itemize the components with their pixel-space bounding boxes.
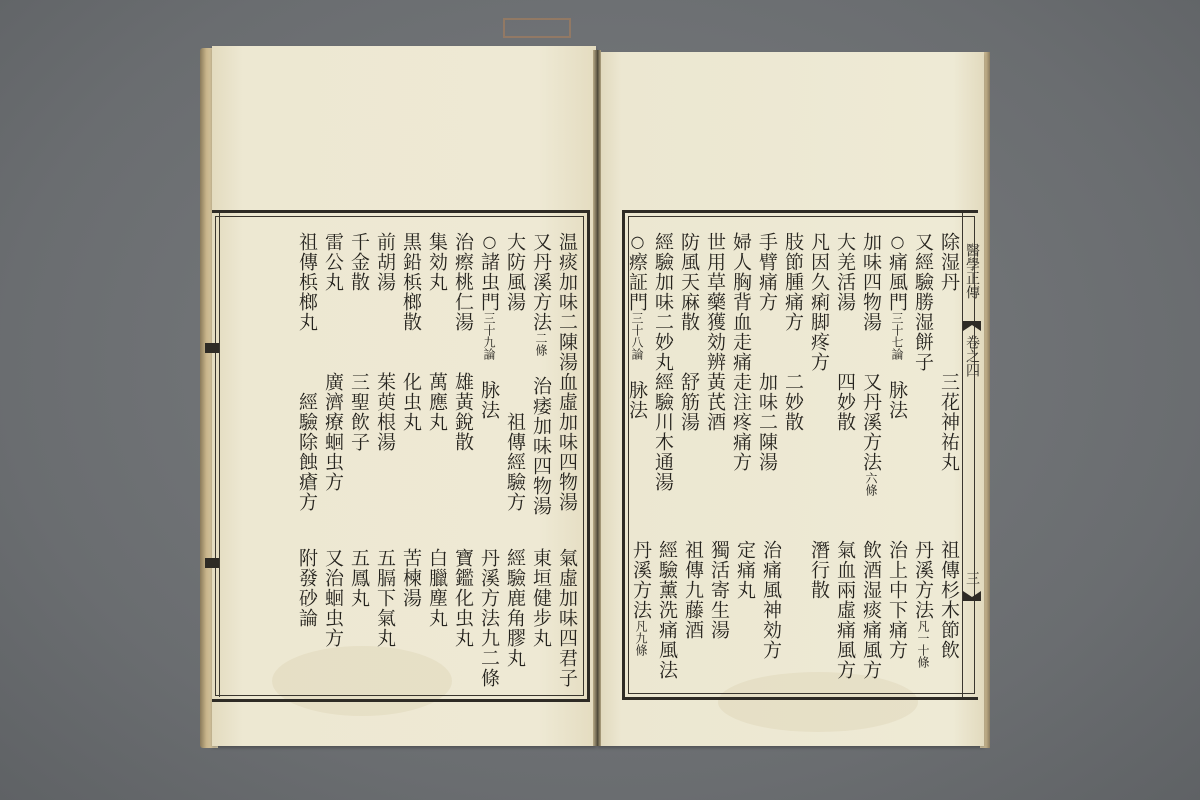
toc-entry: 雷公丸 廣濟療蛔虫方 [320, 232, 346, 532]
toc-entry: 獨活寄生湯 [706, 540, 732, 695]
toc-entry: 世用草藥獲効辨黃芪酒 [702, 232, 728, 522]
right-upper-columns: 除湿丹 三花神祐丸 又經驗勝湿餅子 ○痛風門三十七論 脉法 加味四物湯 又丹溪方… [628, 232, 962, 522]
left-upper-columns: 温痰加味二陳湯血虛加味四物湯 又丹溪方法二條 治痿加味四物湯 大防風湯 祖傳經驗… [268, 232, 580, 532]
toc-entry: 祖傳梹榔丸 經驗除蝕瘡方 [294, 232, 320, 532]
toc-entry: 又丹溪方法二條 治痿加味四物湯 [528, 232, 554, 532]
toc-entry: 黒鉛梹榔散 化虫丸 [398, 232, 424, 532]
fish-tail-mark-icon [963, 591, 981, 601]
toc-entry: 白臘塵丸 [424, 548, 450, 698]
toc-entry: 集効丸 萬應丸 [424, 232, 450, 532]
section-heading-zhaizheng: ○瘵証門三十八論 脉法 [624, 232, 650, 522]
toc-entry: 飲酒湿痰痛風方 [858, 540, 884, 695]
toc-entry: 除湿丹 三花神祐丸 [936, 232, 962, 522]
watermark-stamp-top [503, 18, 571, 38]
toc-entry: 温痰加味二陳湯血虛加味四物湯 [554, 232, 580, 532]
toc-entry: 又經驗勝湿餅子 [910, 232, 936, 522]
toc-entry: 潛行散 [806, 540, 832, 695]
toc-entry: 大防風湯 祖傳經驗方 [502, 232, 528, 532]
toc-entry: 加味四物湯 又丹溪方法六條 [858, 232, 884, 522]
toc-entry: 經驗薰洗痛風法 [654, 540, 680, 695]
toc-entry: 凡因久痢脚疼方 [806, 232, 832, 522]
toc-entry: 五膈下氣丸 [372, 548, 398, 698]
toc-entry: 手臂痛方 加味二陳湯 [754, 232, 780, 522]
fish-tail-mark-icon [205, 558, 219, 568]
book-gutter [593, 50, 601, 746]
toc-entry: 附發砂論 [294, 548, 320, 698]
toc-entry: 防風天麻散 舒筋湯 [676, 232, 702, 522]
toc-entry: 氣血兩虛痛風方 [832, 540, 858, 695]
toc-entry: 經驗鹿角膠丸 [502, 548, 528, 698]
toc-entry: 寶鑑化虫丸 [450, 548, 476, 698]
toc-entry: 祖傳杉木節飲 [936, 540, 962, 695]
toc-entry: 治上中下痛方 [884, 540, 910, 695]
toc-entry: 婦人胸背血走痛走注疼痛方 [728, 232, 754, 522]
banxin-leaf-number: 三 [964, 571, 980, 585]
toc-entry: 丹溪方法凡一十條 [910, 540, 936, 695]
section-heading-tongfeng: ○痛風門三十七論 脉法 [884, 232, 910, 522]
toc-entry: 苦楝湯 [398, 548, 424, 698]
right-banxin: 醫學正傳 卷之四 三 [962, 213, 981, 697]
fish-tail-mark-icon [205, 343, 219, 353]
toc-entry: 前胡湯 茱萸根湯 [372, 232, 398, 532]
toc-entry: 千金散 三聖飲子 [346, 232, 372, 532]
toc-entry: 氣虛加味四君子 [554, 548, 580, 698]
toc-entry: 肢節腫痛方 二妙散 [780, 232, 806, 522]
banxin-volume: 卷之四 [964, 335, 980, 377]
toc-entry: 丹溪方法九二條 [476, 548, 502, 698]
toc-entry: 東垣健步丸 [528, 548, 554, 698]
right-lower-columns: 祖傳杉木節飲 丹溪方法凡一十條 治上中下痛方 飲酒湿痰痛風方 氣血兩虛痛風方 潛… [628, 540, 962, 695]
toc-entry: 又治蛔虫方 [320, 548, 346, 698]
left-banxin [205, 213, 220, 697]
fish-tail-mark-icon [963, 321, 981, 331]
toc-entry: 五鳳丸 [346, 548, 372, 698]
toc-entry: 丹溪方法凡九條 [628, 540, 654, 695]
toc-entry: 定痛丸 [732, 540, 758, 695]
section-heading-zhuchong: ○諸虫門三十九論 脉法 [476, 232, 502, 532]
toc-entry: 大羌活湯 四妙散 [832, 232, 858, 522]
left-lower-columns: 氣虛加味四君子 東垣健步丸 經驗鹿角膠丸 丹溪方法九二條 寶鑑化虫丸 白臘塵丸 … [268, 548, 580, 698]
toc-entry: 治瘵桃仁湯 雄黃銳散 [450, 232, 476, 532]
banxin-book-title: 醫學正傳 [964, 243, 980, 299]
toc-entry: 經驗加味二妙丸經驗川木通湯 [650, 232, 676, 522]
toc-empty-slot [784, 540, 806, 695]
toc-entry: 治痛風神効方 [758, 540, 784, 695]
toc-entry: 祖傳九藤酒 [680, 540, 706, 695]
